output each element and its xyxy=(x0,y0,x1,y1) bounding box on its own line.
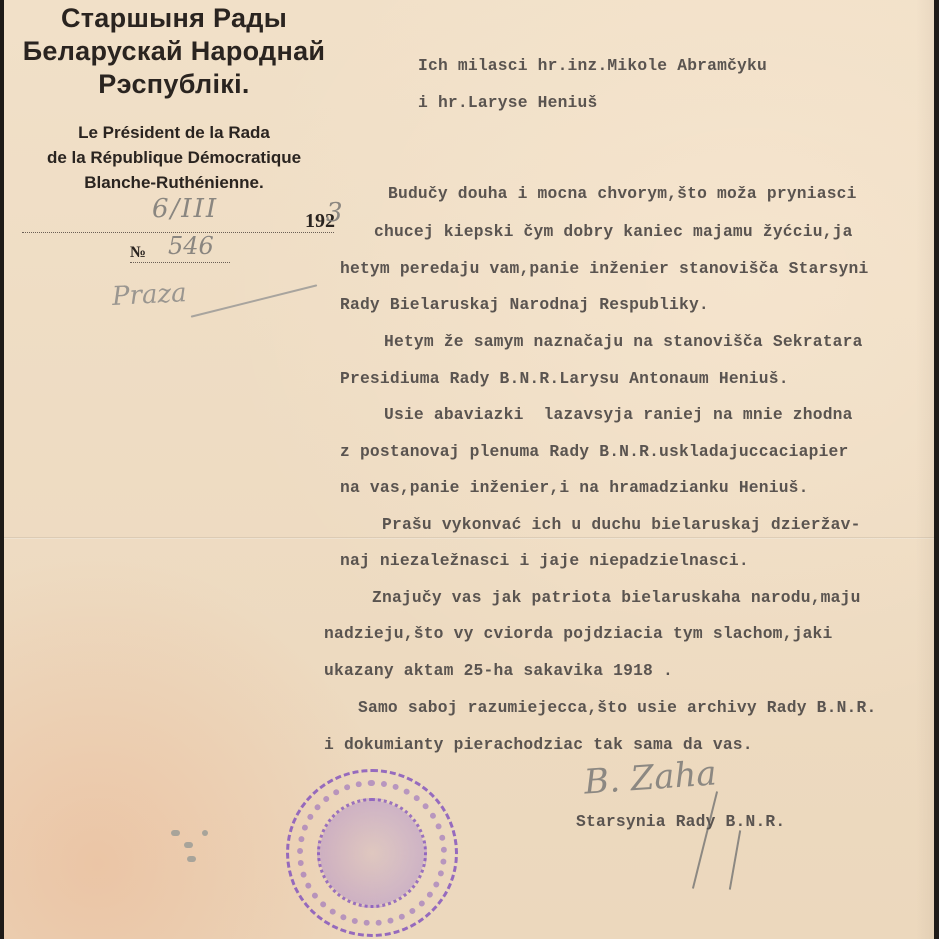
body-line: Hetym že samym naznačaju na stanovišča S… xyxy=(384,332,863,351)
letterhead-line: Рэспублікі. xyxy=(4,68,344,101)
body-line: Budučy douha i mocna chvorym,što moža pr… xyxy=(388,184,857,203)
date-handwritten: 6/III xyxy=(152,194,218,224)
paper-edge xyxy=(916,0,934,939)
body-line: Samo saboj razumiejecca,što usie archivy… xyxy=(358,698,876,717)
letterhead-belarusian: Старшыня Рады Беларускай Народнай Рэспуб… xyxy=(4,2,344,101)
body-line: Presidiuma Rady B.N.R.Larysu Antonaum He… xyxy=(340,369,789,388)
number-handwritten: 546 xyxy=(168,232,214,260)
signature-typed: Starsynia Rady B.N.R. xyxy=(576,812,785,831)
letterhead-line: Blanche-Ruthénienne. xyxy=(4,170,344,195)
body-line: hetym peredaju vam,panie inženier stanov… xyxy=(340,259,868,278)
body-line: chucej kiepski čym dobry kaniec majamu ž… xyxy=(374,222,853,241)
addressee-line: Ich milasci hr.inz.Mikole Abramčyku xyxy=(418,56,767,75)
date-field: 6/III 192 3 xyxy=(22,218,334,233)
paper-fold-line xyxy=(4,537,934,539)
body-line: nadzieju,što vy cviorda pojdziacia tym s… xyxy=(324,624,833,643)
letterhead-line: Беларускай Народнай xyxy=(4,35,344,68)
letterhead-line: Le Président de la Rada xyxy=(4,120,344,145)
body-line: i dokumianty pierachodziac tak sama da v… xyxy=(324,735,753,754)
signature-handwritten: B. Zaha xyxy=(583,753,718,802)
body-line: na vas,panie inženier,i na hramadzianku … xyxy=(340,478,809,497)
date-year-handwritten: 3 xyxy=(326,198,343,228)
document-page: Старшыня Рады Беларускай Народнай Рэспуб… xyxy=(4,0,934,939)
number-field: № 546 xyxy=(130,244,230,263)
body-line: Znajučy vas jak patriota bielaruskaha na… xyxy=(372,588,861,607)
addressee-line: i hr.Laryse Heniuš xyxy=(418,93,597,112)
body-line: naj niezaležnasci i jaje niepadzielnasci… xyxy=(340,551,749,570)
body-line: ukazany aktam 25-ha sakavika 1918 . xyxy=(324,661,673,680)
seal-emblem-icon xyxy=(317,798,427,908)
signature-stroke xyxy=(692,791,718,889)
body-line: z postanovaj plenuma Rady B.N.R.uskladaj… xyxy=(340,442,849,461)
body-line: Usie abaviazki lazavsyja raniej na mnie … xyxy=(384,405,853,424)
signature-stroke xyxy=(729,830,741,889)
official-stamp-seal xyxy=(286,769,458,937)
letterhead: Старшыня Рады Беларускай Народнай Рэспуб… xyxy=(4,0,344,195)
letterhead-french: Le Président de la Rada de la République… xyxy=(4,120,344,195)
place-handwritten: Praza xyxy=(111,278,187,312)
letterhead-line: Старшыня Рады xyxy=(4,2,344,35)
letterhead-line: de la République Démocratique xyxy=(4,145,344,170)
pencil-stroke xyxy=(191,284,318,317)
body-line: Rady Bielaruskaj Narodnaj Respubliky. xyxy=(340,295,709,314)
body-line: Prašu vykonvać ich u duchu bielaruskaj d… xyxy=(382,515,861,534)
number-label: № xyxy=(130,244,146,262)
pencil-marks xyxy=(169,820,214,865)
